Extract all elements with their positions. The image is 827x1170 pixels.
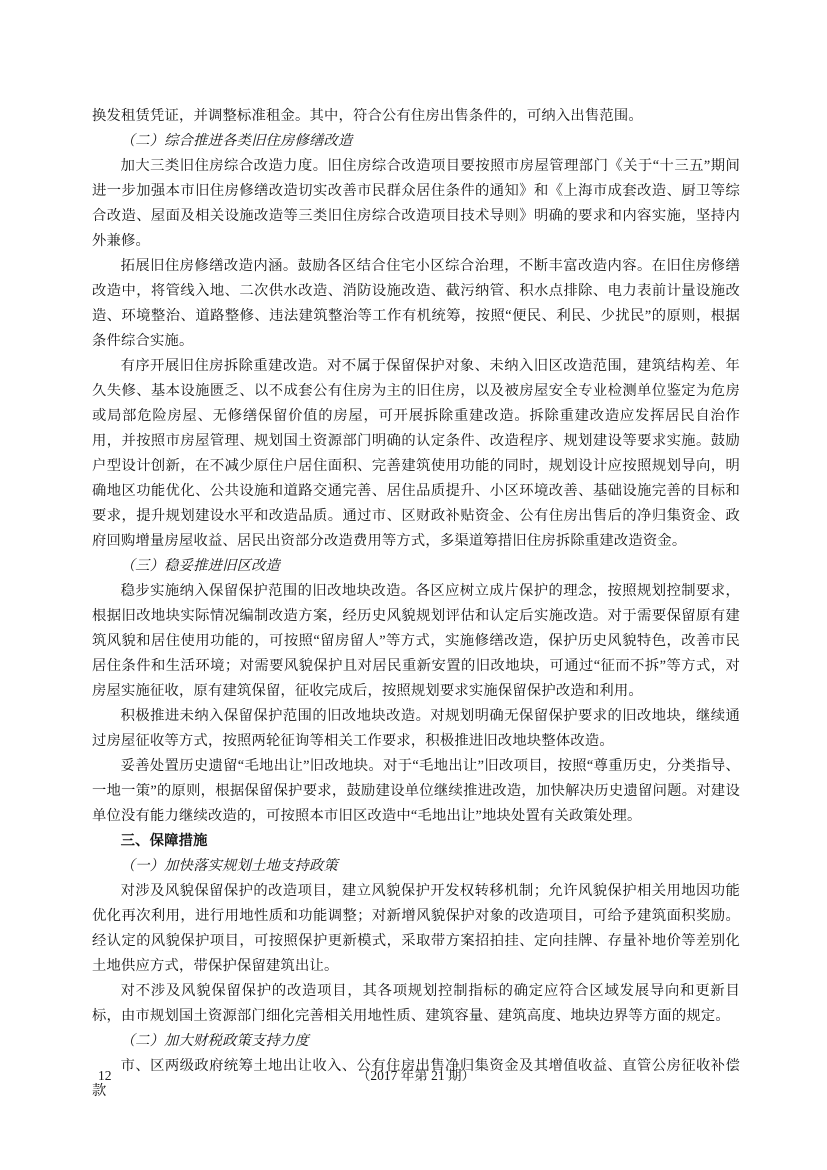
section-heading: （一）加快落实规划土地支持政策	[92, 854, 740, 879]
paragraph: 积极推进未纳入保留保护范围的旧改地块改造。对规划明确无保留保护要求的旧改地块，继…	[92, 704, 740, 754]
paragraph: 妥善处置历史遗留“毛地出让”旧改地块。对于“毛地出让”旧改项目，按照“尊重历史，…	[92, 754, 740, 829]
paragraph: 拓展旧住房修缮改造内涵。鼓励各区结合住宅小区综合治理，不断丰富改造内容。在旧住房…	[92, 254, 740, 354]
section-heading: （三）稳妥推进旧区改造	[92, 554, 740, 579]
document-body: 换发租赁凭证，并调整标准租金。其中，符合公有住房出售条件的，可纳入出售范围。（二…	[92, 104, 740, 1104]
paragraph: 换发租赁凭证，并调整标准租金。其中，符合公有住房出售条件的，可纳入出售范围。	[92, 104, 740, 129]
page-footer: 12 （2017 年第 21 期）	[92, 1063, 740, 1088]
issue-label: （2017 年第 21 期）	[92, 1063, 740, 1088]
paragraph: 加大三类旧住房综合改造力度。旧住房综合改造项目要按照市房屋管理部门《关于“十三五…	[92, 154, 740, 254]
paragraph: 对不涉及风貌保留保护的改造项目，其各项规划控制指标的确定应符合区域发展导向和更新…	[92, 979, 740, 1029]
section-heading: （二）综合推进各类旧住房修缮改造	[92, 129, 740, 154]
document-page: 换发租赁凭证，并调整标准租金。其中，符合公有住房出售条件的，可纳入出售范围。（二…	[0, 0, 827, 1170]
section-heading: 三、保障措施	[92, 829, 740, 854]
paragraph: 有序开展旧住房拆除重建改造。对不属于保留保护对象、未纳入旧区改造范围，建筑结构差…	[92, 354, 740, 554]
section-heading: （二）加大财税政策支持力度	[92, 1029, 740, 1054]
paragraph: 稳步实施纳入保留保护范围的旧改地块改造。各区应树立成片保护的理念，按照规划控制要…	[92, 579, 740, 704]
paragraph: 对涉及风貌保留保护的改造项目，建立风貌保护开发权转移机制；允许风貌保护相关用地因…	[92, 879, 740, 979]
